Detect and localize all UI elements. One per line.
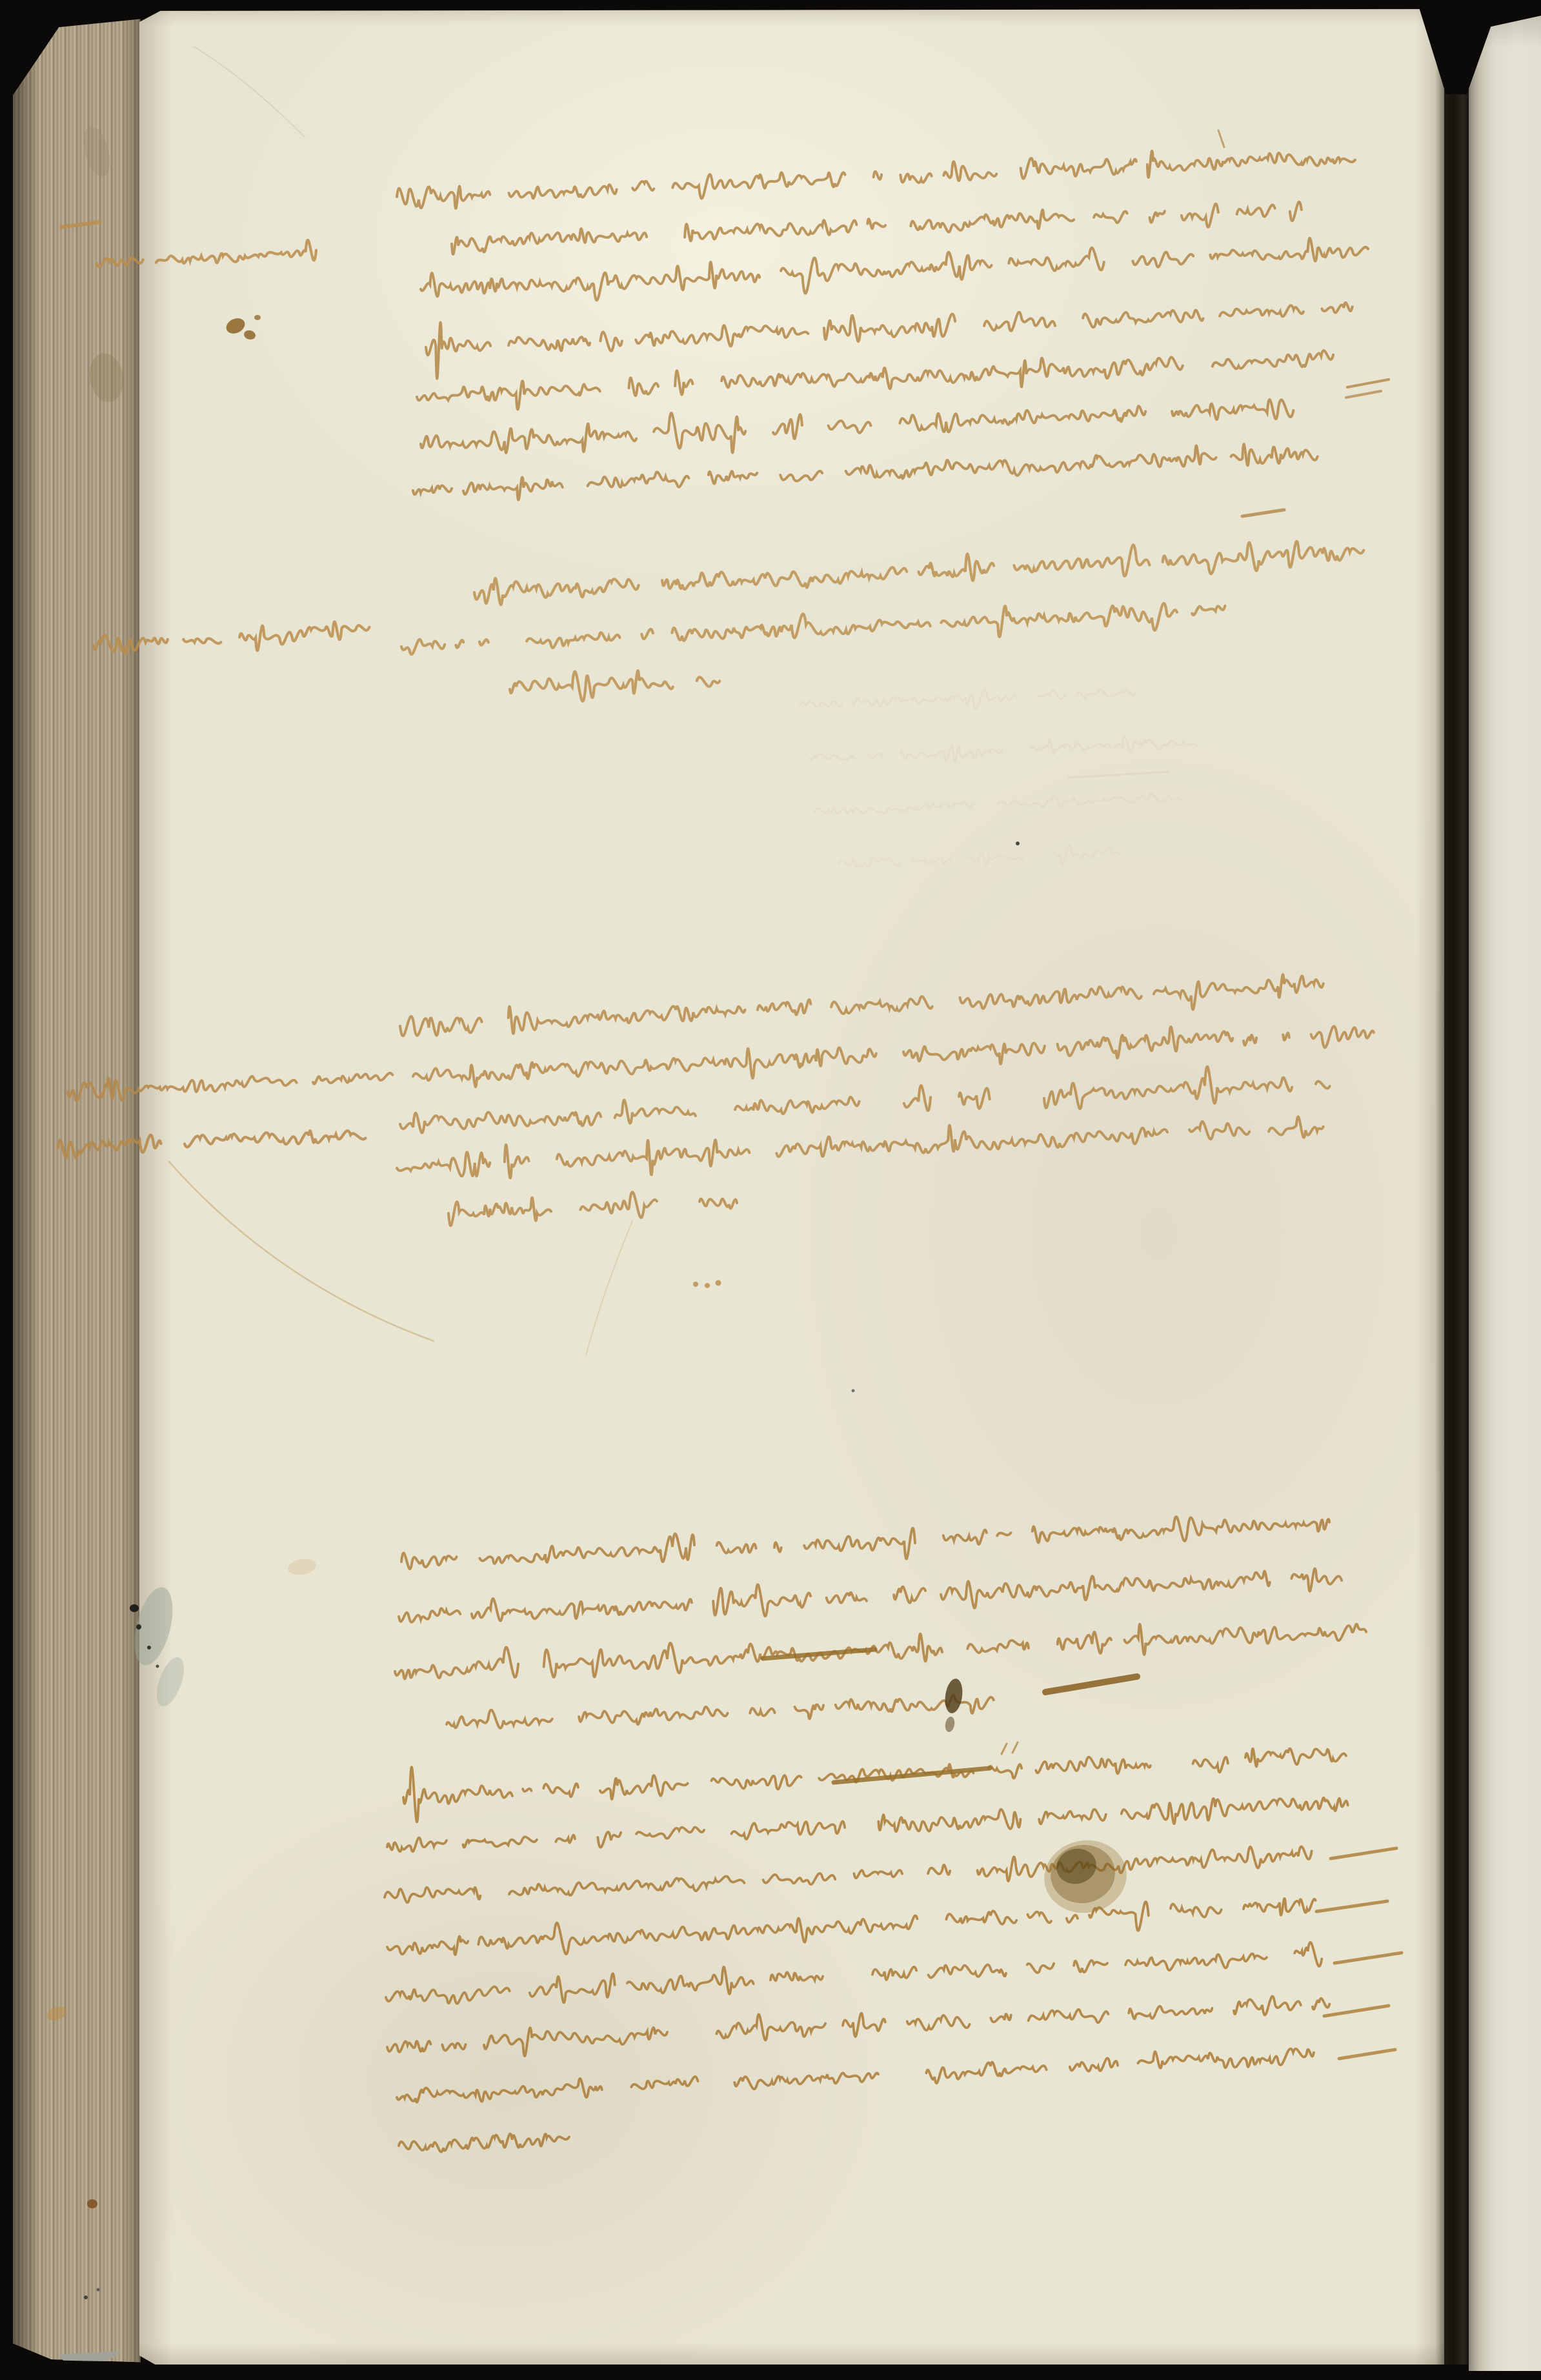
book-scan: Scanned verso page of a bound early-mode… bbox=[0, 0, 1541, 2380]
ink-layer bbox=[0, 0, 1541, 2380]
